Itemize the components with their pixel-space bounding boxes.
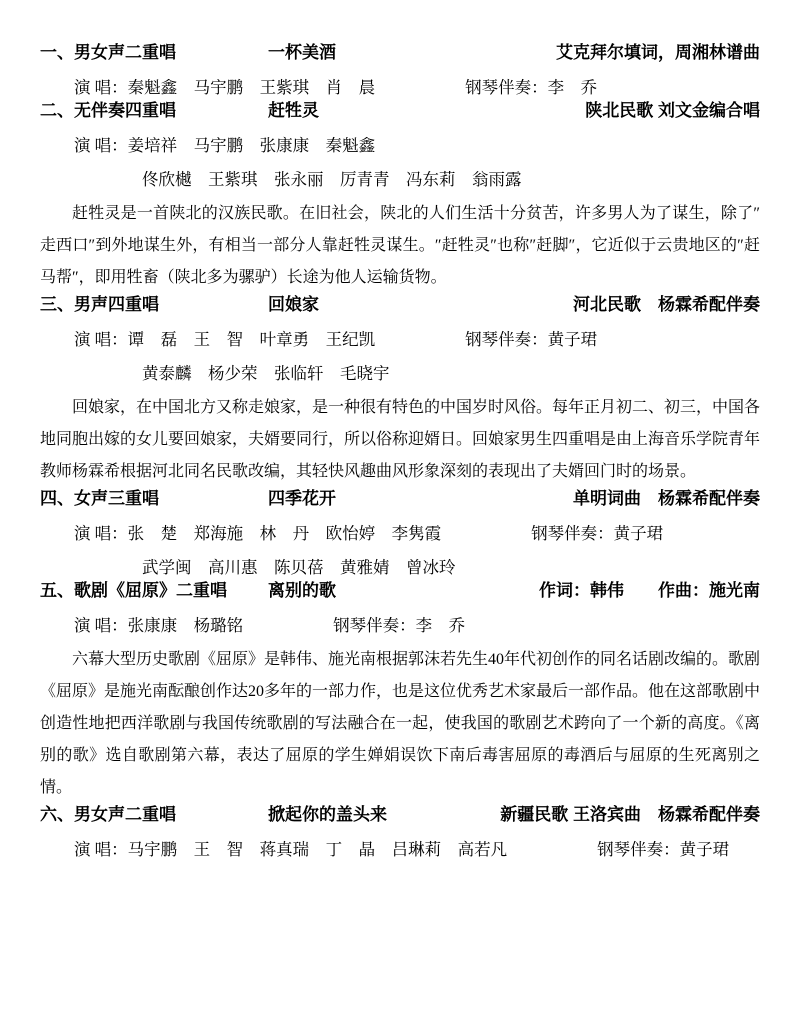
- song-title: 四季花开: [268, 488, 573, 510]
- performers-label: 演 唱：: [74, 838, 128, 862]
- ensemble-type: 二、无伴奏四重唱: [40, 100, 268, 122]
- ensemble-type: 三、男声四重唱: [40, 294, 268, 316]
- song-description: 六幕大型历史歌剧《屈原》是韩伟、施光南根据郭沫若先生40年代初创作的同名话剧改编…: [40, 644, 760, 804]
- performers-line-2: 武学闽 高川惠 陈贝蓓 黄雅婧 曾冰玲: [142, 556, 760, 580]
- performers-line: 演 唱： 姜培祥 马宇鹏 张康康 秦魁鑫: [74, 134, 760, 158]
- performers-label: 演 唱：: [74, 328, 128, 352]
- section-heading: 五、歌剧《屈原》二重唱 离别的歌 作词：韩伟 作曲：施光南: [40, 580, 760, 602]
- ensemble-type: 一、男女声二重唱: [40, 42, 268, 64]
- piano-credit: 钢琴伴奏：黄子珺: [531, 522, 663, 546]
- program-section-5: 五、歌剧《屈原》二重唱 离别的歌 作词：韩伟 作曲：施光南 演 唱： 张康康 杨…: [40, 580, 760, 804]
- performer-names: 马宇鹏 王 智 蒋真瑞 丁 晶 吕琳莉 高若凡: [128, 838, 508, 862]
- piano-credit: 钢琴伴奏：李 乔: [333, 614, 465, 638]
- section-heading: 四、女声三重唱 四季花开 单明词曲 杨霖希配伴奏: [40, 488, 760, 510]
- composer-credit: 陕北民歌 刘文金编合唱: [585, 100, 760, 122]
- performer-names: 张 楚 郑海施 林 丹 欧怡婷 李隽霞: [128, 522, 442, 546]
- composer-credit: 单明词曲 杨霖希配伴奏: [573, 488, 760, 510]
- performers-label: 演 唱：: [74, 134, 128, 158]
- performers-label: 演 唱：: [74, 614, 128, 638]
- performers-line-2: 黄泰麟 杨少荣 张临轩 毛晓宇: [142, 362, 760, 386]
- composer-credit: 艾克拜尔填词，周湘林谱曲: [556, 42, 760, 64]
- ensemble-type: 四、女声三重唱: [40, 488, 268, 510]
- ensemble-type: 六、男女声二重唱: [40, 804, 268, 826]
- ensemble-type: 五、歌剧《屈原》二重唱: [40, 580, 268, 602]
- song-title: 离别的歌: [268, 580, 539, 602]
- section-heading: 二、无伴奏四重唱 赶牲灵 陕北民歌 刘文金编合唱: [40, 100, 760, 122]
- performer-names: 黄泰麟 杨少荣 张临轩 毛晓宇: [142, 362, 390, 386]
- program-section-6: 六、男女声二重唱 掀起你的盖头来 新疆民歌 王洛宾曲 杨霖希配伴奏 演 唱： 马…: [40, 804, 760, 862]
- song-description: 赶牲灵是一首陕北的汉族民歌。在旧社会，陕北的人们生活十分贫苦，许多男人为了谋生，…: [40, 198, 760, 294]
- performer-names: 姜培祥 马宇鹏 张康康 秦魁鑫: [128, 134, 376, 158]
- song-title: 赶牲灵: [268, 100, 585, 122]
- program-page: { "page": { "background": "#ffffff", "te…: [0, 0, 800, 1036]
- performers-label: 演 唱：: [74, 522, 128, 546]
- performers-line-2: 佟欣樾 王紫琪 张永丽 厉青青 冯东莉 翁雨露: [142, 168, 760, 192]
- performer-names: 谭 磊 王 智 叶章勇 王纪凯: [128, 328, 376, 352]
- performers-line: 演 唱： 秦魁鑫 马宇鹏 王紫琪 肖 晨 钢琴伴奏：李 乔: [74, 76, 760, 100]
- performers-line: 演 唱： 张 楚 郑海施 林 丹 欧怡婷 李隽霞 钢琴伴奏：黄子珺: [74, 522, 760, 546]
- piano-credit: 钢琴伴奏：黄子珺: [597, 838, 729, 862]
- section-heading: 一、男女声二重唱 一杯美酒 艾克拜尔填词，周湘林谱曲: [40, 42, 760, 64]
- song-title: 一杯美酒: [268, 42, 556, 64]
- program-section-4: 四、女声三重唱 四季花开 单明词曲 杨霖希配伴奏 演 唱： 张 楚 郑海施 林 …: [40, 488, 760, 580]
- composer-credit: 新疆民歌 王洛宾曲 杨霖希配伴奏: [500, 804, 760, 826]
- performer-names: 佟欣樾 王紫琪 张永丽 厉青青 冯东莉 翁雨露: [142, 168, 522, 192]
- performer-names: 张康康 杨璐铭: [128, 614, 244, 638]
- composer-credit: 作词：韩伟 作曲：施光南: [539, 580, 760, 602]
- performers-line: 演 唱： 马宇鹏 王 智 蒋真瑞 丁 晶 吕琳莉 高若凡 钢琴伴奏：黄子珺: [74, 838, 760, 862]
- composer-credit: 河北民歌 杨霖希配伴奏: [573, 294, 760, 316]
- performers-label: 演 唱：: [74, 76, 128, 100]
- section-heading: 六、男女声二重唱 掀起你的盖头来 新疆民歌 王洛宾曲 杨霖希配伴奏: [40, 804, 760, 826]
- performers-line: 演 唱： 张康康 杨璐铭 钢琴伴奏：李 乔: [74, 614, 760, 638]
- piano-credit: 钢琴伴奏：黄子珺: [465, 328, 597, 352]
- performer-names: 秦魁鑫 马宇鹏 王紫琪 肖 晨: [128, 76, 376, 100]
- section-heading: 三、男声四重唱 回娘家 河北民歌 杨霖希配伴奏: [40, 294, 760, 316]
- performer-names: 武学闽 高川惠 陈贝蓓 黄雅婧 曾冰玲: [142, 556, 456, 580]
- song-title: 回娘家: [268, 294, 573, 316]
- program-section-2: 二、无伴奏四重唱 赶牲灵 陕北民歌 刘文金编合唱 演 唱： 姜培祥 马宇鹏 张康…: [40, 100, 760, 294]
- piano-credit: 钢琴伴奏：李 乔: [465, 76, 597, 100]
- performers-line: 演 唱： 谭 磊 王 智 叶章勇 王纪凯 钢琴伴奏：黄子珺: [74, 328, 760, 352]
- song-description: 回娘家，在中国北方又称走娘家，是一种很有特色的中国岁时风俗。每年正月初二、初三，…: [40, 392, 760, 488]
- program-section-3: 三、男声四重唱 回娘家 河北民歌 杨霖希配伴奏 演 唱： 谭 磊 王 智 叶章勇…: [40, 294, 760, 488]
- program-section-1: 一、男女声二重唱 一杯美酒 艾克拜尔填词，周湘林谱曲 演 唱： 秦魁鑫 马宇鹏 …: [40, 42, 760, 100]
- song-title: 掀起你的盖头来: [268, 804, 500, 826]
